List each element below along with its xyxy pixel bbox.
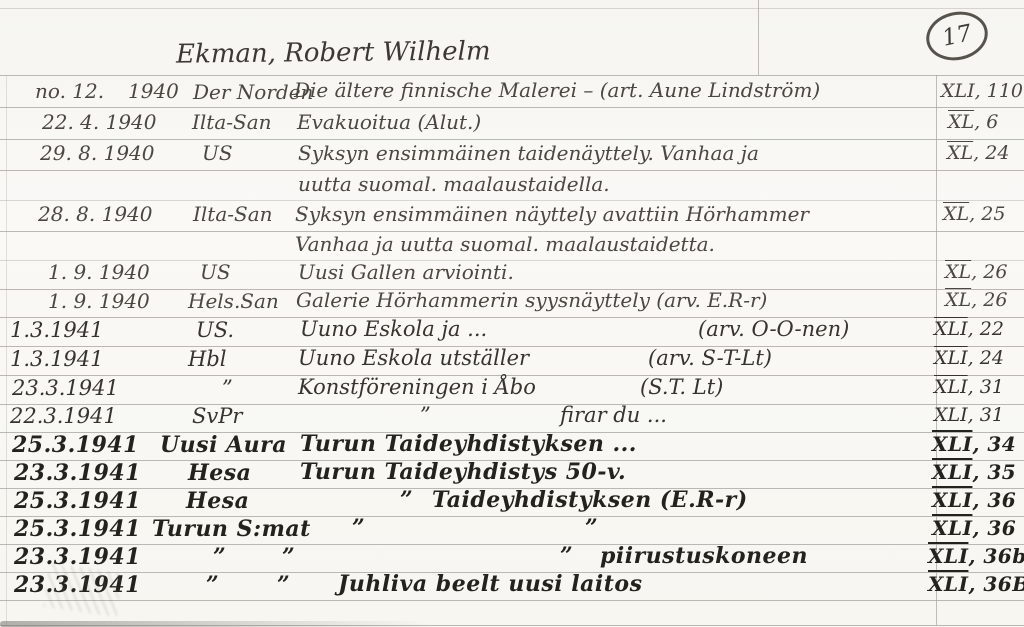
entry-source-ditto: ”	[277, 574, 290, 596]
index-card-scan: 17 Ekman, Robert Wilhelm no. 12. 1940 De…	[0, 0, 1024, 627]
entry-date: 25.3.1941	[14, 518, 141, 540]
entry-source-ditto: ”	[222, 378, 233, 399]
entry-text: Evakuoitua (Alut.)	[297, 112, 481, 132]
entry-text: Uusi Gallen arviointi.	[298, 262, 514, 282]
entry-source: US.	[196, 320, 234, 341]
entry-reference: XLI, 24	[934, 349, 1004, 368]
entry-ditto-mark: ”	[560, 545, 573, 567]
entry-source: US	[200, 262, 231, 282]
entry-date: 25.3.1941	[12, 434, 139, 456]
page-number: 17	[922, 6, 993, 66]
ruled-line	[0, 139, 1024, 140]
entry-text-wrap: uutta suomal. maalaustaidella.	[298, 174, 610, 194]
entry-text: Syksyn ensimmäinen näyttely avattiin Hör…	[295, 204, 809, 224]
card-title: Ekman, Robert Wilhelm	[176, 38, 491, 67]
entry-source-ditto: ”	[213, 546, 226, 568]
entry-source: Hels.San	[188, 291, 279, 311]
entry-date: 1. 9. 1940	[48, 291, 150, 311]
entry-date: 29. 8. 1940	[40, 143, 155, 163]
ruled-line	[0, 317, 1024, 318]
entry-text: Taideyhdistyksen (E.R-r)	[432, 489, 748, 511]
entry-reviewer: (arv. O-O-nen)	[698, 319, 849, 340]
entry-reference: XLI, 36	[932, 490, 1016, 510]
entry-reference: XLI, 35	[932, 462, 1016, 482]
ruled-line	[0, 170, 1024, 171]
entry-text: Uuno Eskola ja ...	[300, 319, 487, 340]
entry-date: 1.3.1941	[10, 320, 104, 341]
entry-source: Uusi Aura	[160, 434, 287, 456]
entry-date: 23.3.1941	[14, 546, 141, 568]
column-divider-top	[758, 0, 759, 75]
entry-source-ditto: ”	[282, 546, 295, 568]
entry-reference: XL, 26	[945, 263, 1007, 282]
entry-reference: XL, 24	[947, 144, 1009, 163]
ruled-line	[0, 75, 1024, 76]
entry-date: 1. 9. 1940	[48, 262, 150, 282]
entry-source: US	[202, 143, 233, 163]
entry-source: Ilta-San	[193, 204, 273, 224]
entry-reference: XLI, 22	[934, 320, 1004, 339]
entry-reference: XLI, 31	[934, 406, 1004, 425]
left-margin-line	[6, 75, 7, 625]
ruled-line	[0, 200, 1024, 201]
entry-date: 1.3.1941	[10, 349, 104, 370]
entry-text: Turun Taideyhdistyksen ...	[300, 433, 637, 455]
entry-text: Die ältere finnische Malerei – (art. Aun…	[294, 80, 820, 100]
entry-text: firar du ...	[560, 405, 667, 426]
entry-date: 25.3.1941	[14, 490, 141, 512]
entry-text: Galerie Hörhammerin syysnäyttely (arv. E…	[296, 290, 767, 310]
entry-source: Hbl	[188, 349, 226, 370]
entry-date: 23.3.1941	[12, 378, 119, 399]
ruled-line	[0, 404, 1024, 405]
entry-date: 22. 4. 1940	[42, 112, 157, 132]
ruled-line	[0, 600, 1024, 601]
entry-source: SvPr	[192, 406, 242, 427]
entry-reference: XLI, 36B	[928, 574, 1024, 594]
entry-text: Konstföreningen i Åbo	[298, 377, 536, 398]
entry-source-ditto: ”	[206, 574, 219, 596]
entry-reference: XLI, 31	[934, 378, 1004, 397]
entry-text: Syksyn ensimmäinen taidenäyttely. Vanhaa…	[298, 143, 759, 163]
entry-text: Turun Taideyhdistys 50-v.	[300, 461, 626, 483]
entry-reference: XLI, 36	[932, 518, 1016, 538]
entry-reviewer: (S.T. Lt)	[640, 377, 723, 398]
entry-text: Juhliva beelt uusi laitos	[338, 573, 642, 595]
scan-edge-shadow	[0, 621, 430, 627]
entry-text: piirustuskoneen	[600, 545, 808, 567]
ruled-line	[0, 544, 1024, 545]
entry-year: 1940	[128, 81, 179, 101]
ruled-line	[0, 8, 1024, 9]
entry-issue: no. 12.	[35, 81, 104, 101]
page-number-value: 17	[940, 20, 974, 52]
entry-source: Turun S:mat	[152, 518, 311, 540]
entry-reference: XLI, 34	[932, 434, 1016, 454]
entry-source: Hesa	[188, 462, 251, 484]
entry-reference: XLI, 36b	[928, 546, 1024, 566]
entry-date: 23.3.1941	[14, 462, 141, 484]
entry-date: 28. 8. 1940	[38, 204, 153, 224]
entry-reference: XL, 25	[943, 205, 1005, 224]
entry-reviewer: (arv. S-T-Lt)	[648, 348, 772, 369]
entry-reference: XLI, 110	[941, 82, 1023, 101]
entry-reference: XL, 6	[948, 113, 998, 132]
entry-ditto-mark: ”	[400, 489, 413, 511]
ruled-line	[0, 107, 1024, 108]
entry-reference: XL, 26	[945, 291, 1007, 310]
entry-text-wrap: Vanhaa ja uutta suomal. maalaustaidetta.	[295, 234, 715, 254]
entry-text: Uuno Eskola utställer	[298, 348, 529, 369]
entry-ditto-mark: ”	[352, 517, 365, 539]
entry-ditto-mark: ”	[585, 517, 598, 539]
pencil-smudge	[43, 563, 122, 617]
entry-source: Ilta-San	[192, 112, 272, 132]
entry-source: Hesa	[186, 490, 249, 512]
entry-ditto-mark: ”	[420, 405, 431, 426]
entry-date: 22.3.1941	[10, 406, 117, 427]
